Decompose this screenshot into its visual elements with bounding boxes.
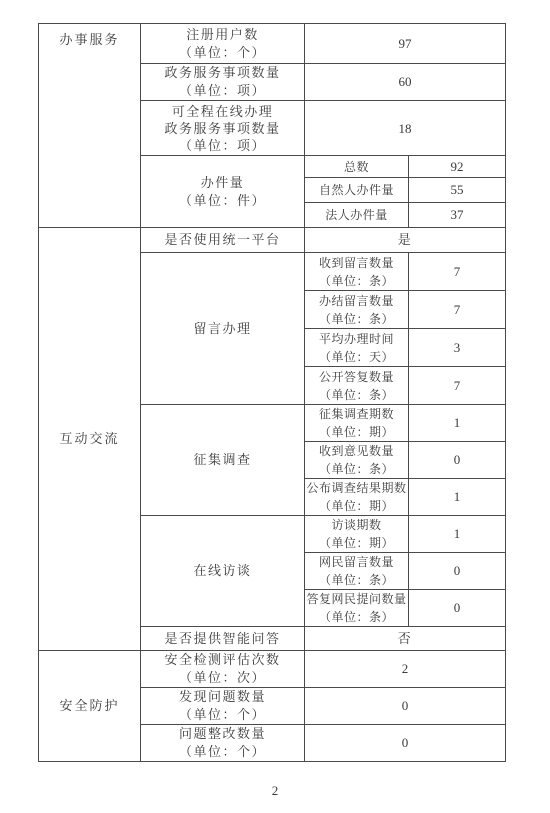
section-label-service-handling: 办事服务 <box>39 24 141 228</box>
survey-label: 征集调查 <box>141 405 305 516</box>
public-replies-label: 公开答复数量 （单位：条） <box>305 367 409 405</box>
messages-completed-label: 办结留言数量 （单位：条） <box>305 291 409 329</box>
case-natural-person-label: 自然人办件量 <box>305 178 409 203</box>
netizen-replies-value: 0 <box>409 590 506 627</box>
problems-fixed-value: 0 <box>305 725 506 762</box>
report-table: 办事服务 注册用户数 （单位：个） 97 政务服务事项数量 （单位：项） 60 … <box>38 23 506 762</box>
smart-qa-value: 否 <box>305 627 506 651</box>
interview-periods-label: 访谈期数 （单位：期） <box>305 516 409 553</box>
messages-completed-value: 7 <box>409 291 506 329</box>
case-natural-person-value: 55 <box>409 178 506 203</box>
section-label-interaction: 互动交流 <box>39 228 141 651</box>
service-items-value: 60 <box>305 64 506 101</box>
full-online-items-label: 可全程在线办理 政务服务事项数量 （单位：项） <box>141 101 305 156</box>
registered-users-value: 97 <box>305 24 506 64</box>
case-total-value: 92 <box>409 156 506 178</box>
section-label-security: 安全防护 <box>39 651 141 762</box>
unified-platform-value: 是 <box>305 228 506 253</box>
problems-fixed-label: 问题整改数量 （单位：个） <box>141 725 305 762</box>
table-row: 办事服务 注册用户数 （单位：个） 97 <box>39 24 506 64</box>
online-interview-label: 在线访谈 <box>141 516 305 627</box>
page-number: 2 <box>0 783 550 799</box>
problems-found-label: 发现问题数量 （单位：个） <box>141 688 305 725</box>
section-title: 安全防护 <box>39 697 140 715</box>
survey-results-label: 公布调查结果期数 （单位：期） <box>305 479 409 516</box>
case-legal-person-label: 法人办件量 <box>305 203 409 228</box>
smart-qa-label: 是否提供智能问答 <box>141 627 305 651</box>
section-title: 互动交流 <box>39 430 140 448</box>
table-row: 安全防护 安全检测评估次数 （单位：次） 2 <box>39 651 506 688</box>
section-title: 办事服务 <box>39 31 140 49</box>
netizen-messages-label: 网民留言数量 （单位：条） <box>305 553 409 590</box>
security-assessments-label: 安全检测评估次数 （单位：次） <box>141 651 305 688</box>
interview-periods-value: 1 <box>409 516 506 553</box>
full-online-items-value: 18 <box>305 101 506 156</box>
netizen-messages-value: 0 <box>409 553 506 590</box>
table-row: 互动交流 是否使用统一平台 是 <box>39 228 506 253</box>
netizen-replies-label: 答复网民提问数量 （单位：条） <box>305 590 409 627</box>
report-page: 办事服务 注册用户数 （单位：个） 97 政务服务事项数量 （单位：项） 60 … <box>0 0 550 813</box>
case-legal-person-value: 37 <box>409 203 506 228</box>
case-volume-label: 办件量 （单位：件） <box>141 156 305 228</box>
registered-users-label: 注册用户数 （单位：个） <box>141 24 305 64</box>
messages-received-label: 收到留言数量 （单位：条） <box>305 253 409 291</box>
survey-periods-value: 1 <box>409 405 506 442</box>
problems-found-value: 0 <box>305 688 506 725</box>
survey-results-value: 1 <box>409 479 506 516</box>
message-handling-label: 留言办理 <box>141 253 305 405</box>
messages-received-value: 7 <box>409 253 506 291</box>
case-total-label: 总数 <box>305 156 409 178</box>
avg-handling-time-label: 平均办理时间 （单位：天） <box>305 329 409 367</box>
public-replies-value: 7 <box>409 367 506 405</box>
unified-platform-label: 是否使用统一平台 <box>141 228 305 253</box>
survey-periods-label: 征集调查期数 （单位：期） <box>305 405 409 442</box>
opinions-received-label: 收到意见数量 （单位：条） <box>305 442 409 479</box>
service-items-label: 政务服务事项数量 （单位：项） <box>141 64 305 101</box>
avg-handling-time-value: 3 <box>409 329 506 367</box>
opinions-received-value: 0 <box>409 442 506 479</box>
security-assessments-value: 2 <box>305 651 506 688</box>
